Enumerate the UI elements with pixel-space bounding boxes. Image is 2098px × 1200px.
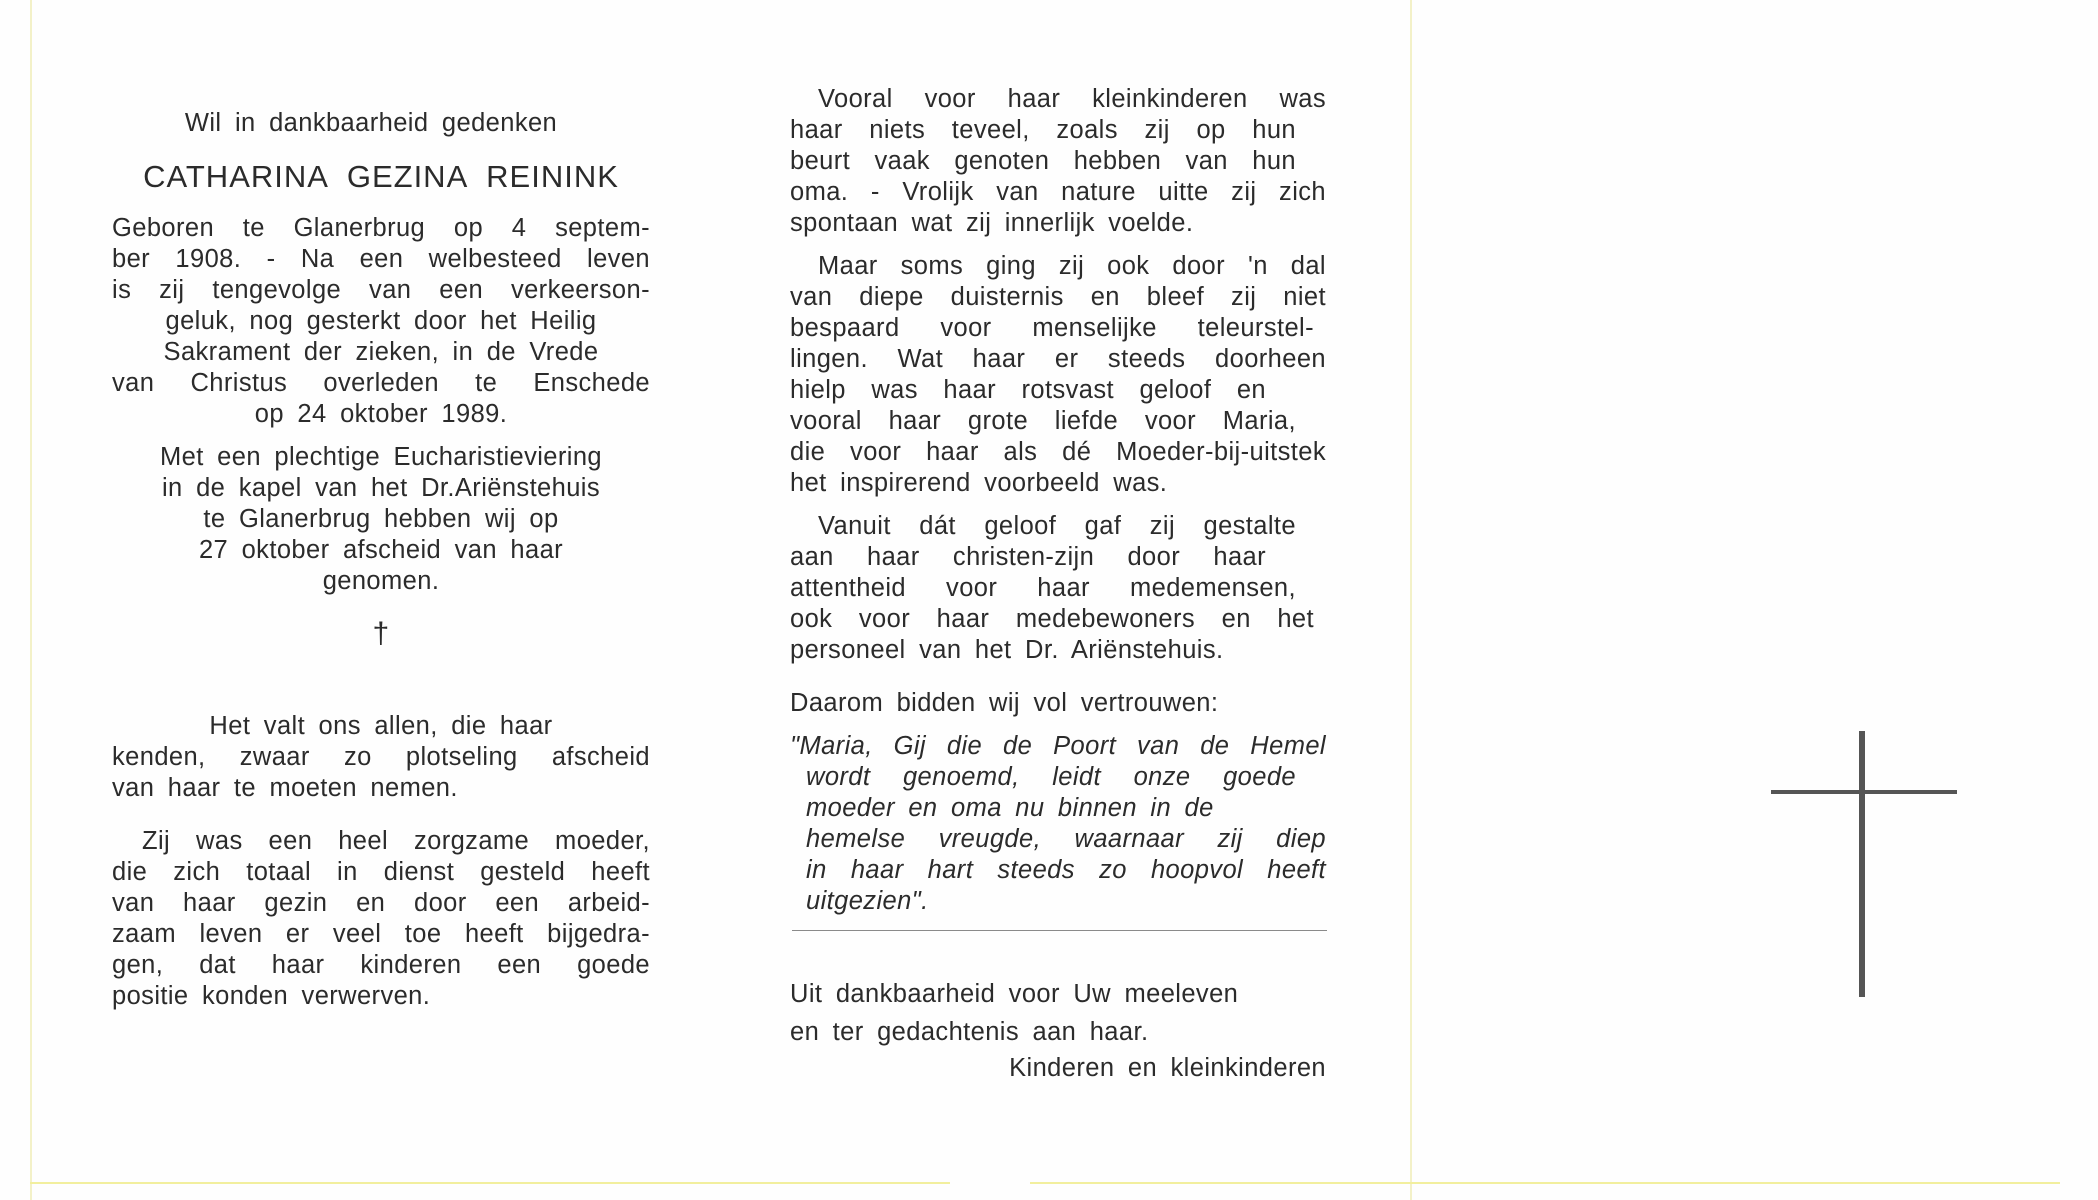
birth-death-paragraph: Geboren te Glanerbrug op 4 septem- ber 1…: [112, 213, 650, 430]
text-line: Sakrament der zieken, in de Vrede: [112, 337, 650, 368]
deceased-name: CATHARINA GEZINA REININK: [112, 157, 650, 197]
thanks-line: en ter gedachtenis aan haar.: [790, 1013, 1326, 1051]
signature: Kinderen en kleinkinderen: [790, 1051, 1326, 1085]
divider-rule: [792, 930, 1327, 931]
text-line: aan haar christen-zijn door haar: [790, 542, 1326, 573]
prayer-quote: "Maria, Gij die de Poort van de Hemel wo…: [790, 731, 1326, 917]
text-line: van haar gezin en door een arbeid-: [112, 888, 650, 919]
text-line: hemelse vreugde, waarnaar zij diep: [790, 824, 1326, 855]
text-line: Het valt ons allen, die haar: [112, 711, 650, 742]
fold-line-right: [1410, 0, 1412, 1200]
text-line: ber 1908. - Na een welbesteed leven: [112, 244, 650, 275]
text-line: Maar soms ging zij ook door 'n dal: [790, 251, 1326, 282]
text-line: Vanuit dát geloof gaf zij gestalte: [790, 511, 1326, 542]
cross-horizontal-beam: [1771, 790, 1957, 794]
text-line: van diepe duisternis en bleef zij niet: [790, 282, 1326, 313]
text-line: kenden, zwaar zo plotseling afscheid: [112, 742, 650, 773]
grandchildren-paragraph: Vooral voor haar kleinkinderen was haar …: [790, 84, 1326, 239]
text-line: is zij tengevolge van een verkeerson-: [112, 275, 650, 306]
text-line: wordt genoemd, leidt onze goede: [790, 762, 1326, 793]
text-line: gen, dat haar kinderen een goede: [112, 950, 650, 981]
text-line: in de kapel van het Dr.Ariënstehuis: [112, 473, 650, 504]
text-line: die voor haar als dé Moeder-bij-uitstek: [790, 437, 1326, 468]
text-line: beurt vaak genoten hebben van hun: [790, 146, 1326, 177]
farewell-paragraph: Het valt ons allen, die haar kenden, zwa…: [112, 711, 650, 804]
intro-text: Wil in dankbaarheid gedenken: [112, 108, 650, 139]
text-line: 27 oktober afscheid van haar: [112, 535, 650, 566]
text-line: spontaan wat zij innerlijk voelde.: [790, 208, 1326, 239]
small-cross-icon: †: [112, 619, 650, 649]
text-line: hielp was haar rotsvast geloof en: [790, 375, 1326, 406]
cross-vertical-beam: [1859, 731, 1865, 997]
text-line: die zich totaal in dienst gesteld heeft: [112, 857, 650, 888]
text-line: lingen. Wat haar er steeds doorheen: [790, 344, 1326, 375]
thanks-line: Uit dankbaarheid voor Uw meeleven: [790, 975, 1326, 1013]
faith-paragraph: Vanuit dát geloof gaf zij gestalte aan h…: [790, 511, 1326, 666]
text-line: het inspirerend voorbeeld was.: [790, 468, 1326, 499]
text-line: vooral haar grote liefde voor Maria,: [790, 406, 1326, 437]
text-line: personeel van het Dr. Ariënstehuis.: [790, 635, 1326, 666]
text-line: moeder en oma nu binnen in de: [790, 793, 1326, 824]
text-line: uitgezien".: [790, 886, 1326, 917]
text-line: genomen.: [112, 566, 650, 597]
text-line: Geboren te Glanerbrug op 4 septem-: [112, 213, 650, 244]
text-line: ook voor haar medebewoners en het: [790, 604, 1326, 635]
middle-column: Vooral voor haar kleinkinderen was haar …: [790, 84, 1326, 917]
text-line: zaam leven er veel toe heeft bijgedra-: [112, 919, 650, 950]
closing-block: Uit dankbaarheid voor Uw meeleven en ter…: [790, 975, 1326, 1085]
mother-paragraph: Zij was een heel zorgzame moeder, die zi…: [112, 826, 650, 1012]
text-line: attentheid voor haar medemensen,: [790, 573, 1326, 604]
fold-line-left: [30, 0, 32, 1200]
text-line: "Maria, Gij die de Poort van de Hemel: [790, 731, 1326, 762]
text-line: oma. - Vrolijk van nature uitte zij zich: [790, 177, 1326, 208]
card-bottom-edge: [30, 1182, 950, 1184]
left-column: Wil in dankbaarheid gedenken CATHARINA G…: [112, 108, 650, 1012]
text-line: bespaard voor menselijke teleurstel-: [790, 313, 1326, 344]
darkness-paragraph: Maar soms ging zij ook door 'n dal van d…: [790, 251, 1326, 499]
prayer-intro: Daarom bidden wij vol vertrouwen:: [790, 688, 1326, 719]
card-bottom-edge-right: [1030, 1182, 2060, 1184]
text-line: Vooral voor haar kleinkinderen was: [790, 84, 1326, 115]
text-line: haar niets teveel, zoals zij op hun: [790, 115, 1326, 146]
text-line: Zij was een heel zorgzame moeder,: [112, 826, 650, 857]
text-line: van haar te moeten nemen.: [112, 773, 650, 804]
text-line: op 24 oktober 1989.: [112, 399, 650, 430]
text-line: positie konden verwerven.: [112, 981, 650, 1012]
text-line: te Glanerbrug hebben wij op: [112, 504, 650, 535]
text-line: in haar hart steeds zo hoopvol heeft: [790, 855, 1326, 886]
text-line: Met een plechtige Eucharistieviering: [112, 442, 650, 473]
funeral-paragraph: Met een plechtige Eucharistieviering in …: [112, 442, 650, 597]
text-line: geluk, nog gesterkt door het Heilig: [112, 306, 650, 337]
text-line: van Christus overleden te Enschede: [112, 368, 650, 399]
